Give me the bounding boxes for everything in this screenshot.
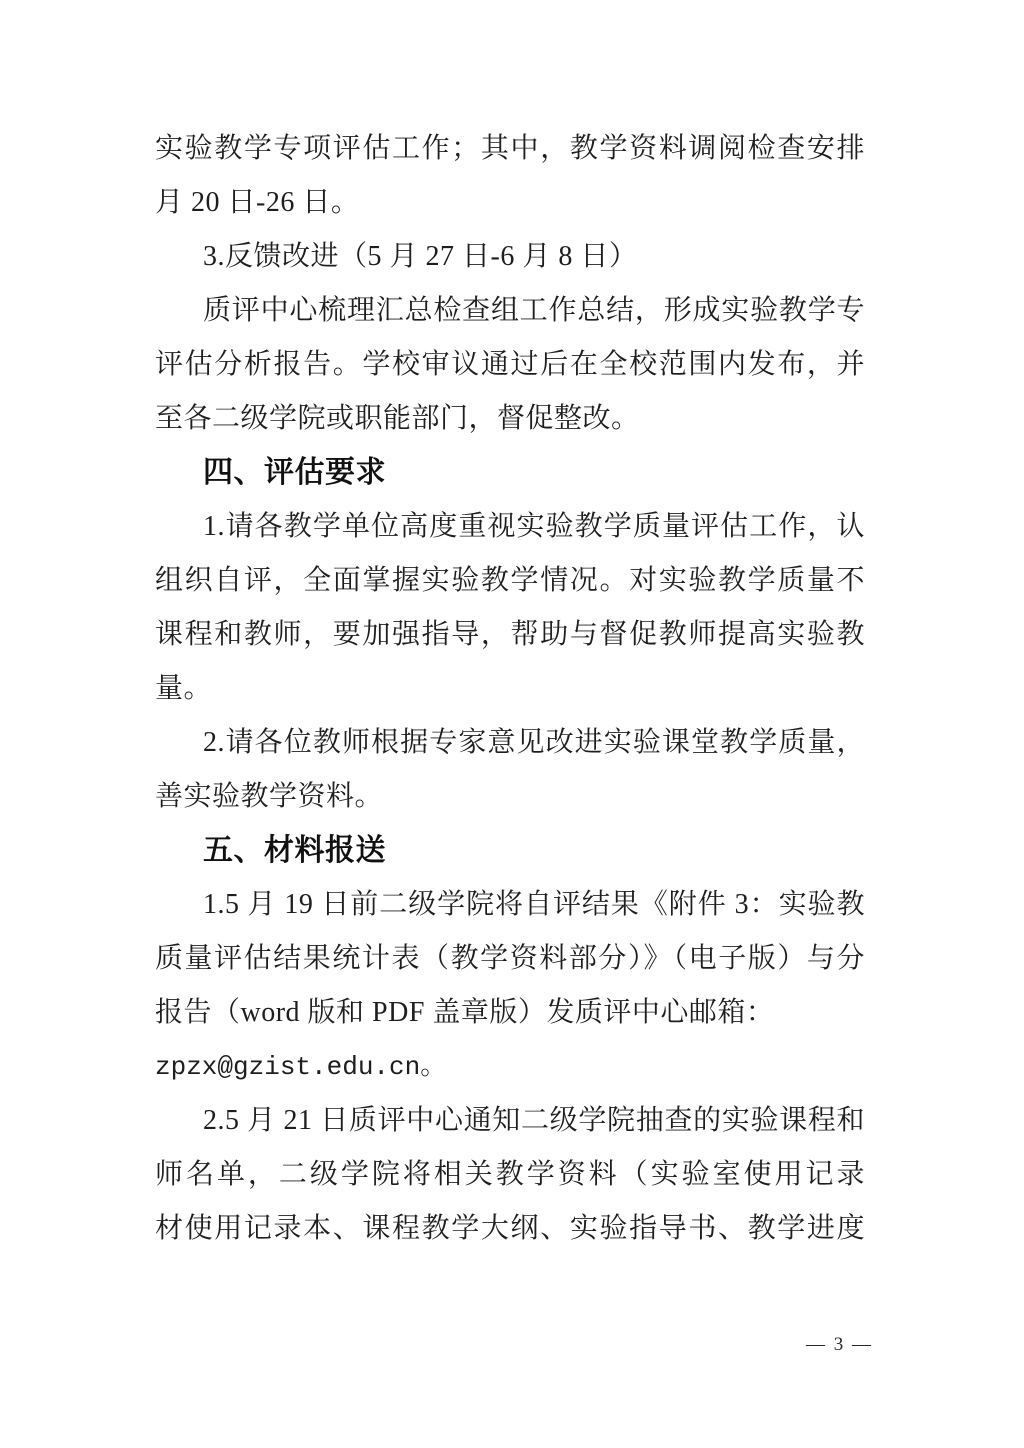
text-line: 至各二级学院或职能部门，督促整改。: [155, 392, 865, 446]
text-line: 材使用记录本、课程教学大纲、实验指导书、教学进度表、: [155, 1202, 865, 1256]
text-line: 1.请各教学单位高度重视实验教学质量评估工作，认真: [155, 500, 865, 554]
page-footer: — 3 —: [806, 1334, 873, 1356]
text-line: 质量评估结果统计表（教学资料部分）》（电子版）与分析: [155, 932, 865, 986]
text-line: 组织自评，全面掌握实验教学情况。对实验教学质量不高的: [155, 554, 865, 608]
text-line: 2.5 月 21 日质评中心通知二级学院抽查的实验课程和教: [155, 1094, 865, 1148]
section-heading: 五、材料报送: [155, 824, 865, 878]
text-line: 善实验教学资料。: [155, 770, 865, 824]
document-body: 实验教学专项评估工作；其中，教学资料调阅检查安排在 5月 20 日-26 日。3…: [155, 122, 865, 1256]
text-line: 师名单，二级学院将相关教学资料（实验室使用记录表、耗: [155, 1148, 865, 1202]
text-line: 1.5 月 19 日前二级学院将自评结果《附件 3：实验教学: [155, 878, 865, 932]
text-line: 量。: [155, 662, 865, 716]
page-number: — 3 —: [806, 1334, 873, 1355]
text-line: 2.请各位教师根据专家意见改进实验课堂教学质量，完: [155, 716, 865, 770]
text-line: 3.反馈改进（5 月 27 日-6 月 8 日）: [155, 230, 865, 284]
text-line: 月 20 日-26 日。: [155, 176, 865, 230]
text-line: 质评中心梳理汇总检查组工作总结，形成实验教学专项: [155, 284, 865, 338]
document-page: 实验教学专项评估工作；其中，教学资料调阅检查安排在 5月 20 日-26 日。3…: [0, 0, 1024, 1448]
text-line: 评估分析报告。学校审议通过后在全校范围内发布，并反馈: [155, 338, 865, 392]
text-line: 实验教学专项评估工作；其中，教学资料调阅检查安排在 5: [155, 122, 865, 176]
text-line: zpzx@gzist.edu.cn。: [155, 1040, 865, 1094]
text-line: 报告（word 版和 PDF 盖章版）发质评中心邮箱：: [155, 986, 865, 1040]
section-heading: 四、评估要求: [155, 446, 865, 500]
text-line: 课程和教师，要加强指导，帮助与督促教师提高实验教学质: [155, 608, 865, 662]
